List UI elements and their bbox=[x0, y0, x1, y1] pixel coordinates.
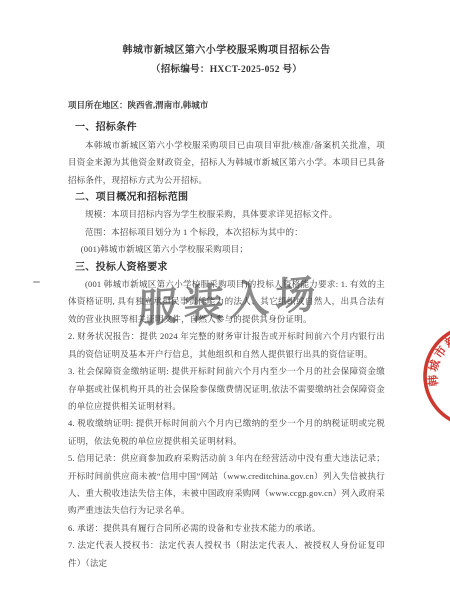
svg-text:韩城市新城区第六小学: 韩城市新城区第六小学 bbox=[415, 316, 450, 411]
paragraph-qualification-5: 5. 信用记录：供应商参加政府采购活动前 3 年内在经营活动中没有重大违法记录；… bbox=[68, 450, 385, 520]
paragraph-tender-conditions: 本韩城市新城区第六小学校服采购项目已由项目审批/核准/备案机关批准，项目资金来源… bbox=[68, 137, 385, 189]
paragraph-scope: 范围：本招标项目划分为 1 个标段，本次招标为其中的： bbox=[68, 224, 385, 241]
scan-artifact bbox=[33, 281, 40, 283]
doc-tender-number: （招标编号：HXCT-2025-052 号） bbox=[68, 64, 385, 77]
section-heading-tender-conditions: 一、招标条件 bbox=[75, 119, 385, 136]
paragraph-qualification-7: 7. 法定代表人授权书：法定代表人授权书（附法定代表人、被授权人身份证复印件）（… bbox=[68, 537, 385, 572]
paragraph-qualification-2: 2. 财务状况报告：提供 2024 年完整的财务审计报告或开标时间前六个月内银行… bbox=[68, 328, 385, 363]
paragraph-scale: 规模：本项目招标内容为学生校服采购，具体要求详见招标文件。 bbox=[68, 206, 385, 223]
paragraph-qualification-1: (001 韩城市新城区第六小学校服采购项目)的投标人资格能力要求: 1. 有效的… bbox=[68, 276, 385, 328]
document-page: 韩城市新城区第六小学校服采购项目招标公告 （招标编号：HXCT-2025-052… bbox=[0, 0, 450, 600]
project-location-line: 项目所在地区：陕西省,渭南市,韩城市 bbox=[68, 97, 385, 114]
doc-title: 韩城市新城区第六小学校服采购项目招标公告 bbox=[68, 44, 385, 57]
paragraph-qualification-4: 4. 税收缴纳证明: 提供开标时间前六个月内已缴纳的至少一个月的纳税证明或完税证… bbox=[68, 415, 385, 450]
seal-ring bbox=[415, 316, 450, 436]
paragraph-lot-001: (001)韩城市新城区第六小学校服采购项目； bbox=[68, 241, 385, 258]
paragraph-qualification-6: 6. 承诺：提供具有履行合同所必需的设备和专业技术能力的承诺。 bbox=[68, 520, 385, 537]
seal-arc-text: 韩城市新城区第六小学 bbox=[415, 316, 450, 411]
section-heading-project-overview: 二、项目概况和招标范围 bbox=[75, 189, 385, 206]
red-seal-stamp: 韩城市新城区第六小学 bbox=[415, 316, 450, 436]
section-heading-bidder-qualifications: 三、投标人资格要求 bbox=[75, 259, 385, 276]
paragraph-qualification-3: 3. 社会保障资金缴纳证明: 提供开标时间前六个月内至少一个月的社会保障资金缴存… bbox=[68, 363, 385, 415]
